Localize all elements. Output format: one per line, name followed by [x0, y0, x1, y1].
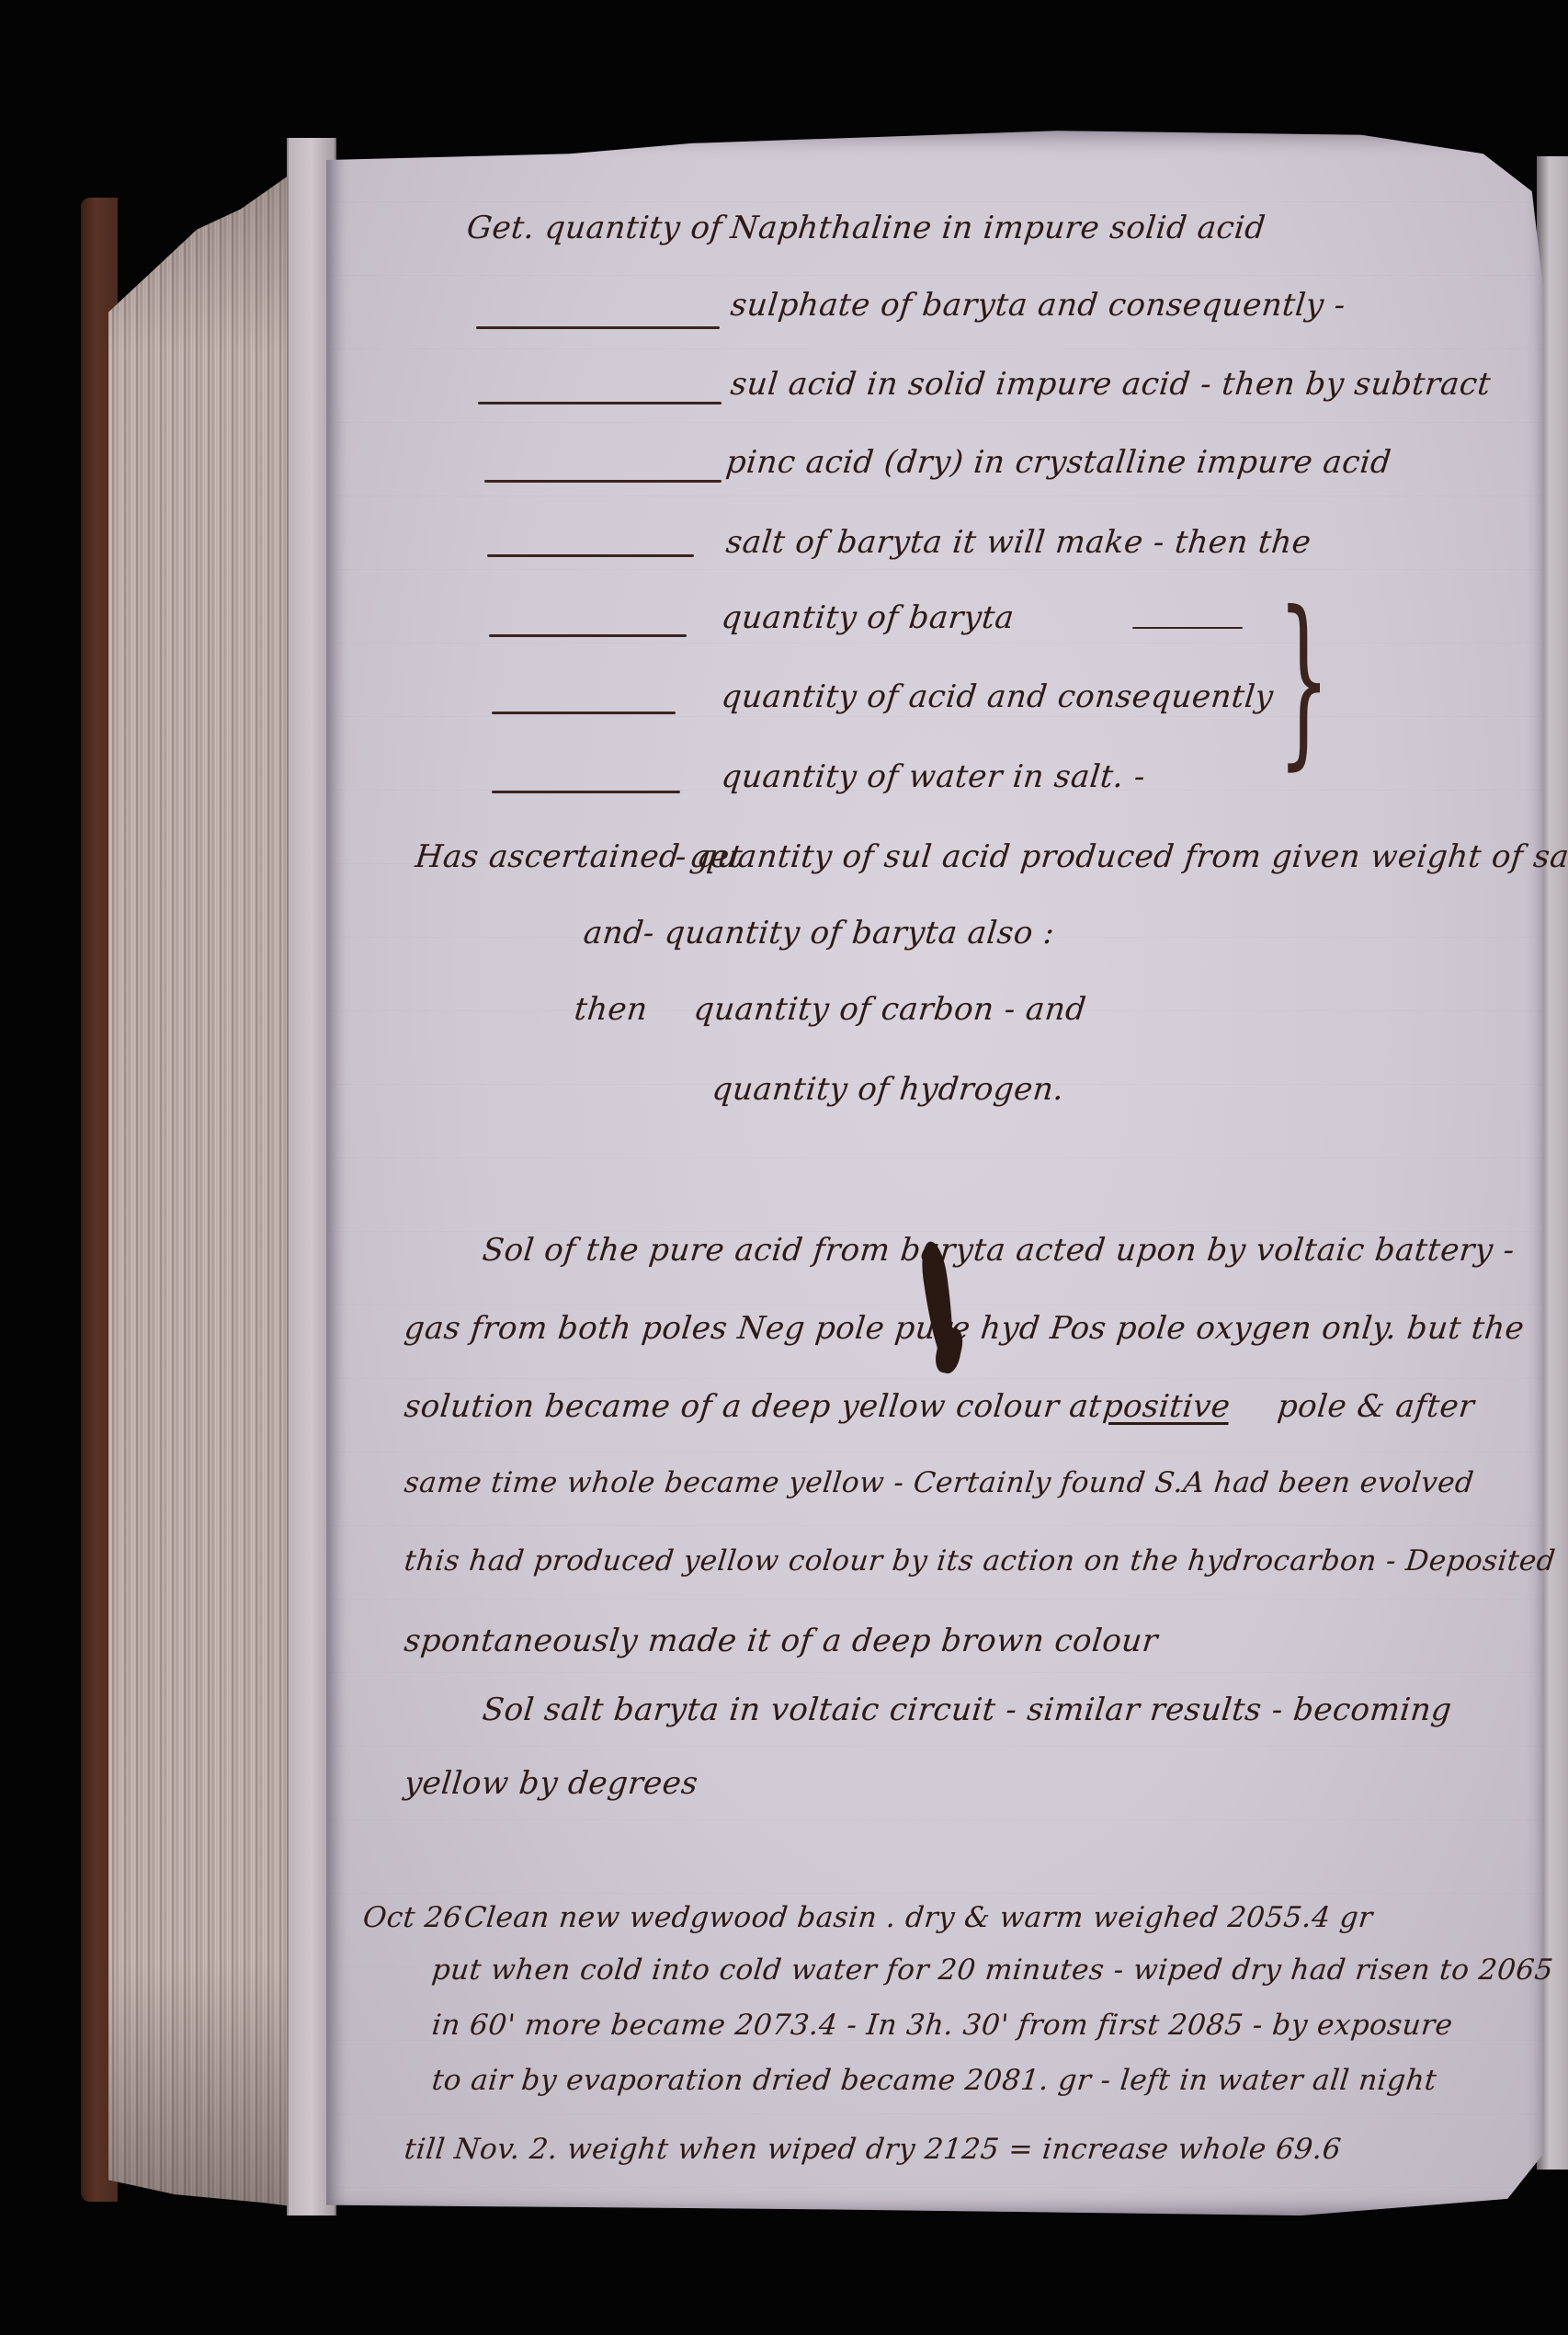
line-5: salt of baryta it will make - then the: [724, 524, 1313, 561]
voltaic-line-6: spontaneously made it of a deep brown co…: [403, 1623, 1160, 1659]
ascertained-line-4: quantity of hydrogen.: [710, 1071, 1066, 1108]
line-4: pinc acid (dry) in crystalline impure ac…: [724, 444, 1393, 481]
ditto-rule: [487, 554, 694, 557]
entry-date: Oct 26: [361, 1901, 463, 1934]
ditto-rule: [489, 634, 687, 637]
voltaic-line-5: this had produced yellow colour by its a…: [403, 1544, 1557, 1578]
basin-line-2: put when cold into cold water for 20 min…: [430, 1953, 1555, 1987]
ditto-rule: [492, 791, 680, 793]
underlined-word: positive: [1101, 1388, 1233, 1425]
line-7: quantity of acid and consequently: [720, 678, 1276, 715]
baryta-line-1: Sol salt baryta in voltaic circuit - sim…: [481, 1691, 1454, 1728]
curly-brace: }: [1278, 588, 1330, 772]
baryta-line-2: yellow by degrees: [403, 1765, 700, 1802]
voltaic-line-3-tail: pole & after: [1276, 1388, 1476, 1425]
basin-line-5: till Nov. 2. weight when wiped dry 2125 …: [403, 2133, 1343, 2166]
line-6: quantity of baryta: [720, 599, 1017, 636]
line-2: sulphate of baryta and consequently -: [729, 287, 1347, 324]
ascertained-line-3: quantity of carbon - and: [692, 991, 1088, 1028]
ditto-rule: [476, 326, 720, 329]
basin-line-4: to air by evaporation dried became 2081.…: [430, 2064, 1438, 2097]
voltaic-line-3: solution became of a deep yellow colour …: [403, 1388, 1104, 1425]
trailing-rule: [1132, 627, 1243, 629]
lead-text: and: [582, 915, 646, 951]
ascertained-line-1: - quantity of sul acid produced from giv…: [674, 838, 1568, 875]
ditto-rule: [478, 402, 722, 404]
intro-text: Get. quantity of: [465, 210, 724, 246]
basin-line-1: Clean new wedgwood basin . dry & warm we…: [462, 1901, 1374, 1934]
voltaic-line-1: Sol of the pure acid from baryta acted u…: [481, 1232, 1517, 1269]
ditto-rule: [492, 712, 676, 714]
ascertained-line-2: - quantity of baryta also :: [642, 915, 1056, 951]
basin-line-3: in 60' more became 2073.4 - In 3h. 30' f…: [430, 2009, 1454, 2042]
line-8: quantity of water in salt. -: [720, 758, 1147, 795]
lead-text: then: [573, 991, 650, 1028]
line-1: Naphthaline in impure solid acid: [729, 210, 1267, 246]
voltaic-line-4: same time whole became yellow - Certainl…: [403, 1466, 1475, 1499]
line-3: sul acid in solid impure acid - then by …: [729, 366, 1493, 403]
voltaic-line-2: gas from both poles Neg pole pure hyd Po…: [403, 1310, 1527, 1347]
ditto-rule: [484, 480, 722, 483]
